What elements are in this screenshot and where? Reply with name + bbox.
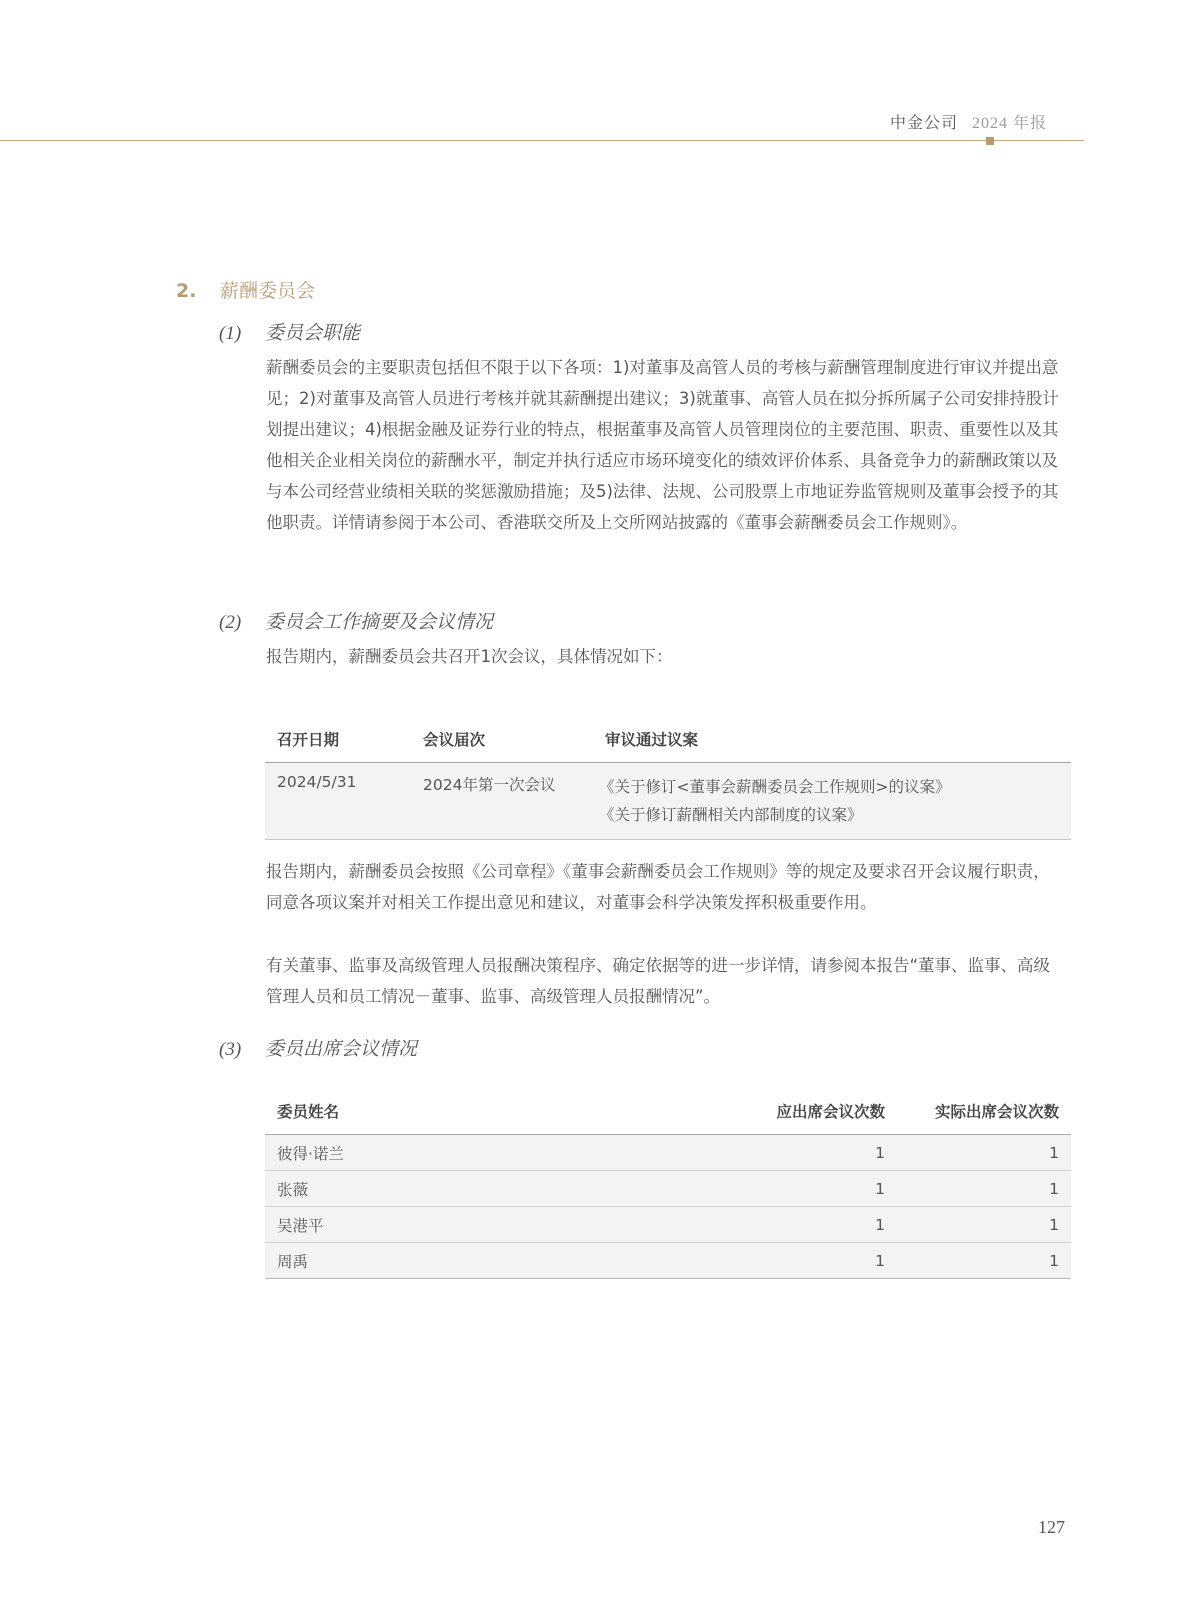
subsection-3-heading: (3)委员出席会议情况 [219,1034,417,1061]
attendance-table: 委员姓名 应出席会议次数 实际出席会议次数 彼得·诺兰 1 1 张薇 1 1 吴… [265,1094,1071,1279]
motion-item: 《关于修订<董事会薪酬委员会工作规则>的议案》 [599,773,1059,801]
table-row: 吴港平 1 1 [265,1207,1071,1243]
section-number: 2. [176,280,220,302]
required-count: 1 [725,1171,897,1207]
header-divider [0,140,1084,141]
header-report-title: 2024 年报 [972,115,1047,132]
meeting-table: 召开日期 会议届次 审议通过议案 2024/5/31 2024年第一次会议 《关… [265,720,1071,840]
required-count: 1 [725,1135,897,1171]
member-name: 彼得·诺兰 [265,1135,725,1171]
col-header-date: 召开日期 [265,720,411,763]
member-name: 吴港平 [265,1207,725,1243]
required-count: 1 [725,1207,897,1243]
header-company: 中金公司 [890,113,958,132]
committee-functions-paragraph: 薪酬委员会的主要职责包括但不限于以下各项：1)对董事及高管人员的考核与薪酬管理制… [266,352,1066,538]
member-name: 周禹 [265,1243,725,1279]
required-count: 1 [725,1243,897,1279]
subsection-3-title: 委员出席会议情况 [265,1038,417,1060]
table-row: 彼得·诺兰 1 1 [265,1135,1071,1171]
col-header-motions: 审议通过议案 [593,720,1071,763]
subsection-2-number: (2) [219,612,265,634]
actual-count: 1 [897,1171,1071,1207]
motion-item: 《关于修订薪酬相关内部制度的议案》 [599,801,1059,829]
subsection-1-title: 委员会职能 [265,322,360,344]
actual-count: 1 [897,1243,1071,1279]
meeting-intro: 报告期内，薪酬委员会共召开1次会议，具体情况如下： [266,641,1066,672]
meeting-date: 2024/5/31 [265,763,411,840]
section-title: 薪酬委员会 [220,280,315,302]
meeting-motions: 《关于修订<董事会薪酬委员会工作规则>的议案》 《关于修订薪酬相关内部制度的议案… [593,763,1071,840]
col-header-required: 应出席会议次数 [725,1094,897,1135]
page-number: 127 [1038,1517,1065,1538]
header-square-marker [986,137,994,145]
subsection-2-title: 委员会工作摘要及会议情况 [265,611,493,633]
col-header-actual: 实际出席会议次数 [897,1094,1071,1135]
col-header-member-name: 委员姓名 [265,1094,725,1135]
table-row: 张薇 1 1 [265,1171,1071,1207]
table-row: 2024/5/31 2024年第一次会议 《关于修订<董事会薪酬委员会工作规则>… [265,763,1071,840]
member-name: 张薇 [265,1171,725,1207]
col-header-session: 会议届次 [411,720,593,763]
subsection-1-heading: (1)委员会职能 [219,318,360,345]
remuneration-reference-paragraph: 有关董事、监事及高级管理人员报酬决策程序、确定依据等的进一步详情，请参阅本报告“… [266,950,1066,1012]
actual-count: 1 [897,1135,1071,1171]
subsection-2-heading: (2)委员会工作摘要及会议情况 [219,607,493,634]
table-row: 周禹 1 1 [265,1243,1071,1279]
page-header: 中金公司2024 年报 [890,110,1047,133]
section-heading: 2.薪酬委员会 [176,276,315,303]
subsection-3-number: (3) [219,1039,265,1061]
subsection-1-number: (1) [219,323,265,345]
meeting-summary-paragraph: 报告期内，薪酬委员会按照《公司章程》《董事会薪酬委员会工作规则》等的规定及要求召… [266,856,1066,918]
actual-count: 1 [897,1207,1071,1243]
meeting-session: 2024年第一次会议 [411,763,593,840]
